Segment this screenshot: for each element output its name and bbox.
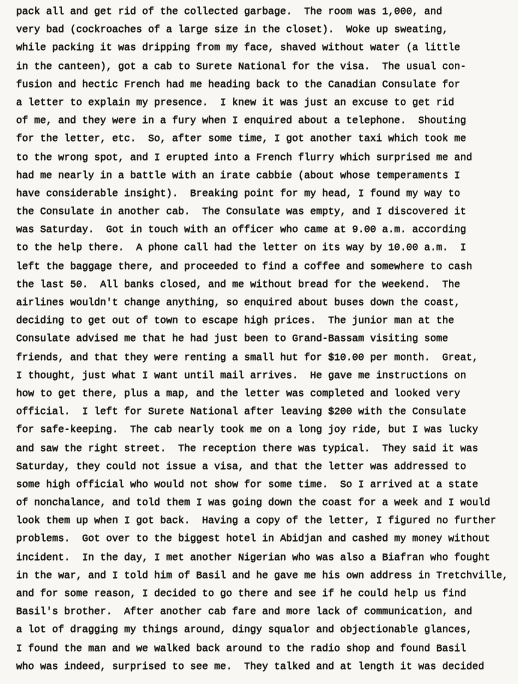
document-page: pack all and get rid of the collected ga… [0, 0, 518, 684]
document-text: pack all and get rid of the collected ga… [0, 0, 518, 677]
